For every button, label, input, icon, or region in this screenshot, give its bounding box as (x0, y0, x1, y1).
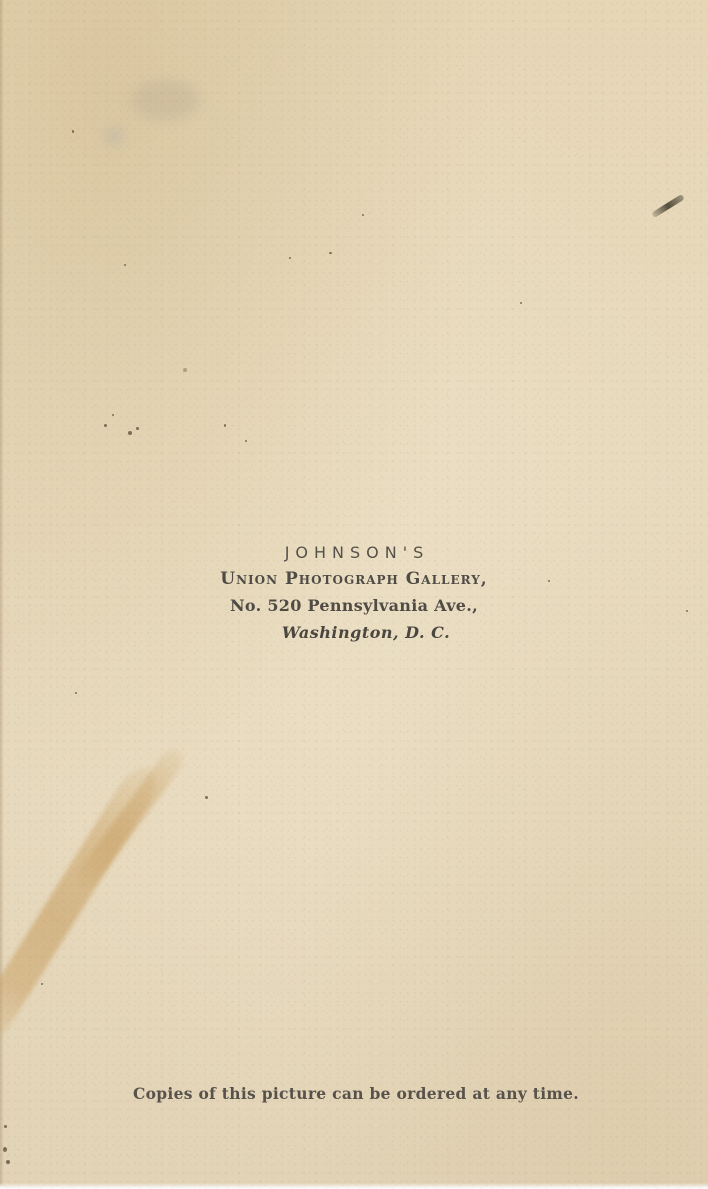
speck (136, 427, 139, 430)
card-bottom-edge (0, 1183, 708, 1189)
scratch-mark (651, 194, 685, 218)
speck (72, 130, 74, 133)
speck (362, 214, 364, 216)
speck (224, 424, 226, 427)
gallery-name: Union Photograph Gallery, (0, 566, 708, 592)
speck (128, 431, 132, 435)
speck (124, 264, 126, 266)
studio-city: Washington, D. C. (24, 620, 708, 646)
studio-name: JOHNSON'S (6, 540, 708, 566)
speck (41, 983, 43, 985)
speck (112, 414, 114, 416)
speck (205, 796, 208, 799)
water-stain (70, 745, 188, 895)
speck (289, 257, 291, 259)
speck (3, 1147, 7, 1152)
discoloration-mark (130, 80, 200, 120)
speck (4, 1125, 7, 1128)
reorder-notice: Copies of this picture can be ordered at… (2, 1084, 708, 1103)
speck (520, 302, 522, 304)
speck (329, 252, 332, 254)
speck (6, 1160, 10, 1164)
photographer-imprint: JOHNSON'S Union Photograph Gallery, No. … (0, 540, 708, 646)
speck (183, 368, 187, 372)
speck (245, 440, 247, 442)
discoloration-mark (105, 128, 123, 144)
studio-address: No. 520 Pennsylvania Ave., (0, 592, 708, 620)
card-back: JOHNSON'S Union Photograph Gallery, No. … (0, 0, 708, 1189)
speck (104, 424, 107, 427)
speck (75, 692, 77, 694)
